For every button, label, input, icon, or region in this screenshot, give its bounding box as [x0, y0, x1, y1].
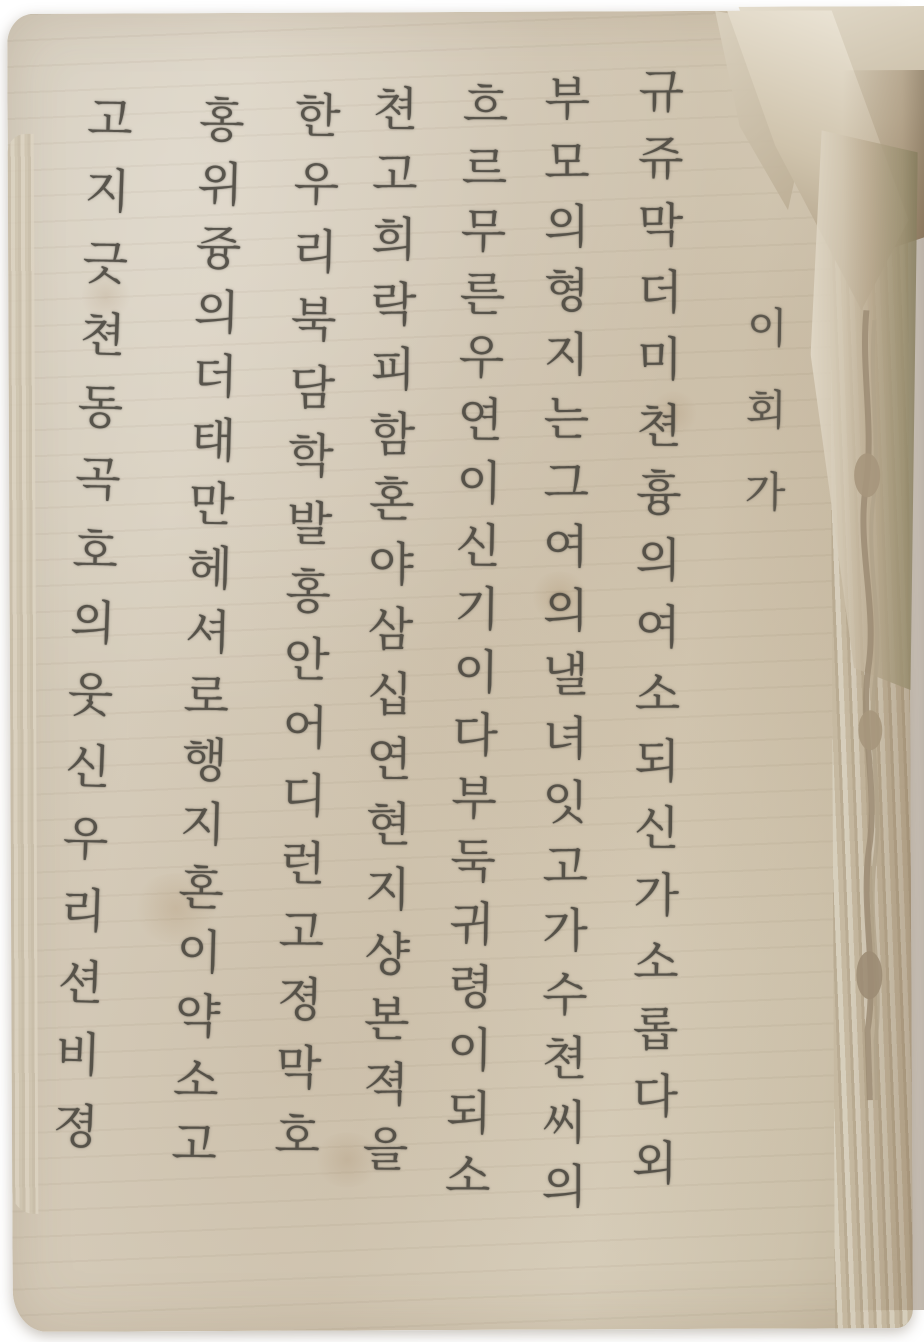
binding-thread-drawing	[846, 310, 895, 1100]
page-edge-stack-left	[8, 134, 39, 1214]
text-column-1: 규쥬막더미쳔흉의여소되신가소롭다외	[626, 66, 681, 1316]
text-column-4: 쳔고희락피함혼야삼십연현지샹본젹을	[356, 84, 415, 1334]
manuscript-page-photo: 이회가 규쥬막더미쳔흉의여소되신가소롭다외 부모의형지는그여의낼녀잇고가수쳔씨의…	[7, 10, 913, 1332]
title-column: 이회가	[731, 305, 794, 556]
text-column-2: 부모의형지는그여의낼녀잇고가수쳔씨의	[536, 73, 586, 1323]
binding-thread	[846, 310, 895, 1100]
